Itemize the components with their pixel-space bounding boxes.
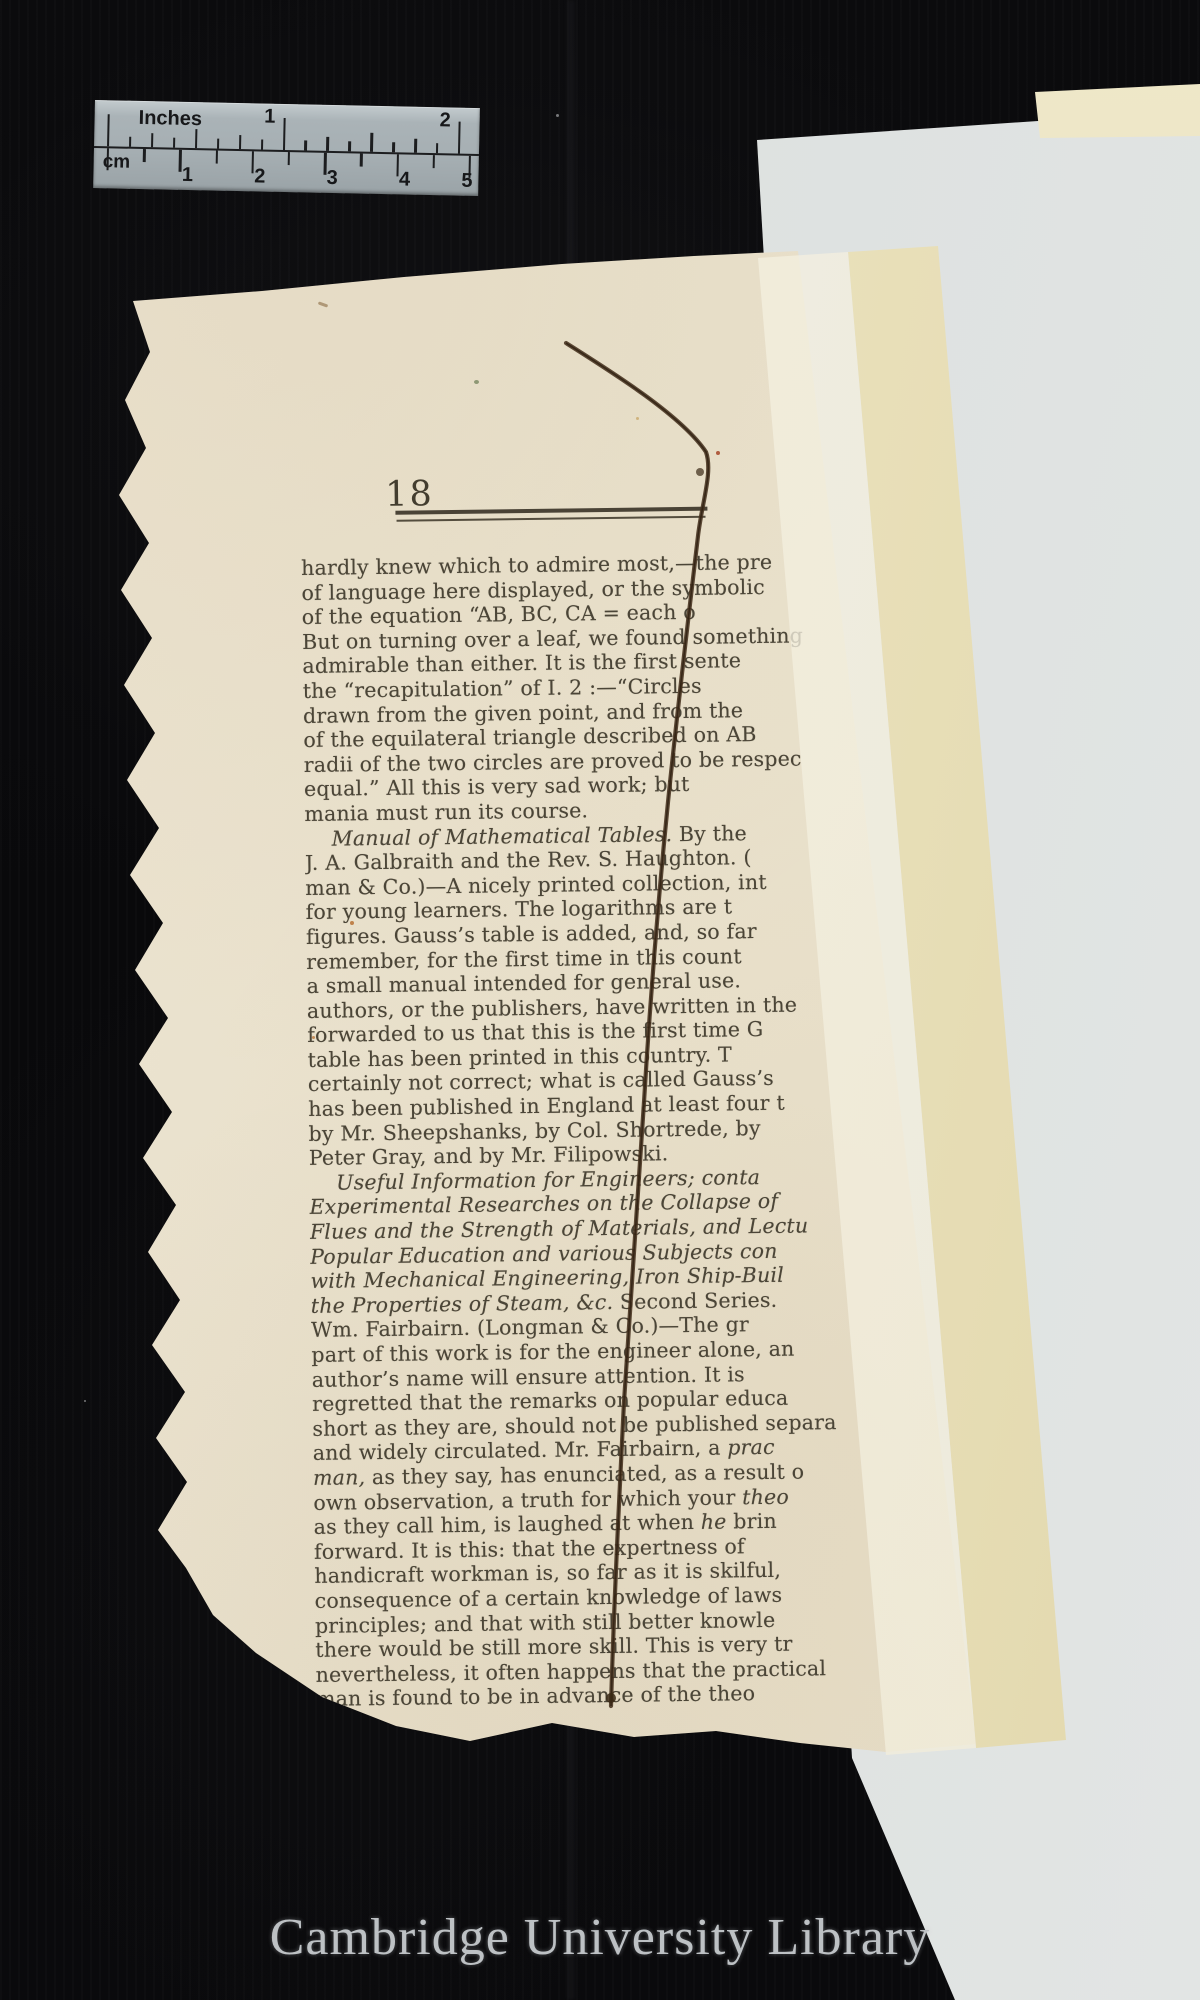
ruler-inches-label: Inches (138, 107, 202, 131)
ruler-tick (239, 135, 242, 149)
ruler-tick (304, 140, 307, 150)
ruler-tick (436, 143, 439, 153)
ruler-number: 1 (264, 106, 276, 129)
ruler-tick (107, 148, 110, 170)
ruler-tick (414, 139, 417, 153)
ruler-tick (348, 141, 351, 151)
plant-speck (474, 380, 479, 384)
ruler-tick (217, 139, 220, 149)
ruler-tick (392, 142, 395, 152)
header-rule-thin (397, 516, 706, 522)
ruler-tick (326, 137, 329, 151)
header-rule-thick (395, 507, 707, 515)
ruler-tick (282, 118, 285, 150)
ruler-number: 2 (439, 109, 451, 132)
ruler-number: 3 (326, 167, 338, 190)
measurement-ruler: Inches cm 1212345 (93, 100, 480, 196)
ruler-tick (129, 137, 132, 147)
dust-speck (556, 114, 559, 117)
dust-speck (84, 1400, 86, 1402)
ruler-tick (173, 138, 176, 148)
ruler-tick (215, 151, 218, 164)
page-number: 18 (385, 474, 434, 515)
ruler-tick (261, 139, 264, 149)
ruler-number: 5 (461, 170, 473, 193)
ruler-number: 4 (399, 168, 411, 191)
photo-frame: 18 hardly knew which to admire most,—the… (0, 0, 1200, 2000)
ruler-number: 1 (182, 164, 194, 187)
foxing-spot (312, 1036, 315, 1039)
ruler-tick (143, 149, 146, 162)
ruler-tick (458, 122, 461, 154)
ruler-tick (288, 152, 291, 165)
ruler-tick (195, 129, 198, 148)
foxing-spot (716, 451, 720, 455)
ruler-tick (432, 155, 435, 168)
foxing-spot (636, 417, 639, 420)
ruler-tick (107, 114, 110, 146)
ruler-center-line (94, 146, 479, 156)
ruler-tick (370, 133, 373, 152)
ruler-number: 2 (254, 165, 266, 188)
foxing-spot (350, 921, 354, 925)
ruler-tick (151, 133, 154, 147)
ruler-tick (360, 154, 363, 167)
library-watermark-text: Cambridge University Library (100, 1908, 1100, 1967)
